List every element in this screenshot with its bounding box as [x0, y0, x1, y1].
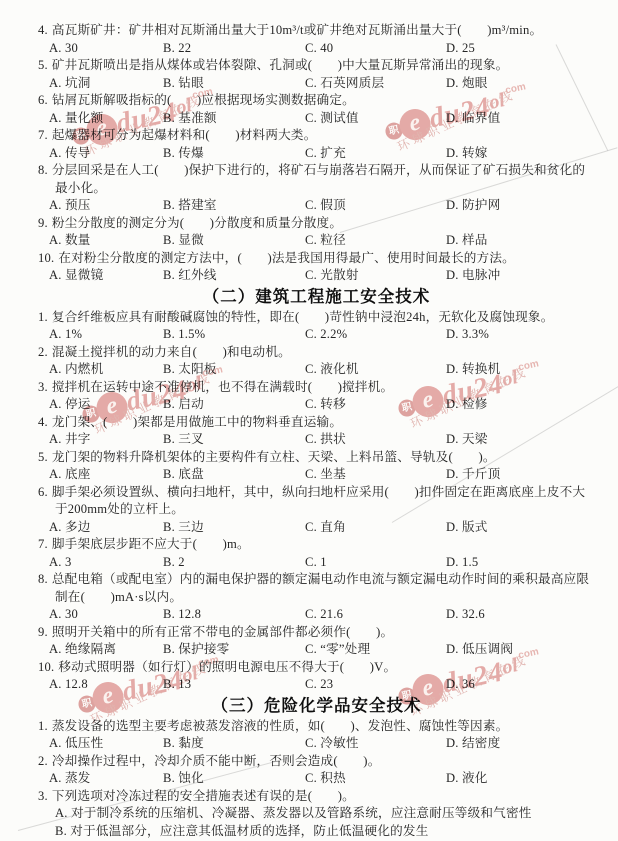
option-a: A. 30	[49, 606, 163, 624]
question-number: 10.	[38, 660, 54, 674]
option-d: D. 样品	[446, 232, 595, 250]
option-c: C. 假顶	[305, 197, 446, 215]
option-c: C. 石英网质层	[305, 75, 446, 93]
option-b: B. 搭建室	[163, 197, 305, 215]
option-b: B. 底盘	[163, 466, 305, 484]
question-body: 复合纤维板应具有耐酸碱腐蚀的特性，即在( )苛性钠中浸泡24h，无软化及腐蚀现象…	[52, 310, 554, 324]
option-c: C. 21.6	[305, 606, 446, 624]
question-body: 混凝土搅拌机的动力来自( )和电动机。	[52, 345, 291, 359]
option-d: D. 32.6	[446, 606, 595, 624]
question: 3.下列选项对冷冻过程的安全措施表述有误的是( )。A. 对于制冷系统的压缩机、…	[38, 788, 595, 841]
option-b: B. 13	[163, 676, 305, 694]
question-body: 矿井瓦斯喷出是指从煤体或岩体裂隙、孔洞或( )中大量瓦斯异常涌出的现象。	[52, 58, 509, 72]
question-body: 移动式照明器（如行灯）的照明电源电压不得大于( )V。	[58, 660, 396, 674]
scanned-exam-page: 4.高瓦斯矿井：矿井相对瓦斯涌出量大于10m³/t或矿井绝对瓦斯涌出量大于( )…	[0, 0, 618, 841]
option-a: A. 数量	[49, 232, 163, 250]
option-group: A. 12.8B. 13C. 23D. 36	[38, 676, 595, 694]
option-d: D. 36	[446, 676, 595, 694]
question-body: 起爆器材可分为起爆材料和( )材料两大类。	[52, 128, 317, 142]
option-d: D. 转换机	[446, 361, 595, 379]
option-d: D. 检修	[446, 396, 595, 414]
question: 7.脚手架底层步距不应大于( )m。A. 3B. 2C. 1D. 1.5	[38, 536, 595, 571]
question: 4.龙门架、( )架都是用做施工中的物料垂直运输。A. 井字B. 三叉C. 拱状…	[38, 414, 595, 449]
option-a: A. 蒸发	[49, 770, 163, 788]
question-text: 10.在对粉尘分散度的测定方法中，( )法是我国用得最广、使用时间最长的方法。	[38, 250, 595, 268]
question-body: 龙门架的物料升降机架体的主要构件有立柱、天梁、上料吊篮、导轨及( )。	[52, 450, 496, 464]
question-body: 高瓦斯矿井：矿井相对瓦斯涌出量大于10m³/t或矿井绝对瓦斯涌出量大于( )m³…	[52, 23, 542, 37]
question-body: 下列选项对冷冻过程的安全措施表述有误的是( )。	[52, 789, 355, 803]
option-d: D. 炮眼	[446, 75, 595, 93]
option-b: B. 基准额	[163, 110, 305, 128]
question-text: 10.移动式照明器（如行灯）的照明电源电压不得大于( )V。	[38, 659, 595, 677]
option-d: D. 25	[446, 40, 595, 58]
question-text: 8.分层回采是在人工( )保护下进行的，将矿石与崩落岩石隔开，从而保证了矿石损失…	[38, 162, 595, 197]
option-group: A. 1%B. 1.5%C. 2.2%D. 3.3%	[38, 326, 595, 344]
option-a: A. 停运	[49, 396, 163, 414]
option-b: B. 1.5%	[163, 326, 305, 344]
option-group: A. 停运B. 启动C. 转移D. 检修	[38, 396, 595, 414]
question-text: 3.搅拌机在运转中途不准停机，也不得在满载时( )搅拌机。	[38, 379, 595, 397]
option-group: A. 绝缘隔离B. 保护接零C. “零”处理D. 低压调阀	[38, 641, 595, 659]
question: 9.粉尘分散度的测定分为( )分散度和质量分散度。A. 数量B. 显微C. 粒径…	[38, 215, 595, 250]
option-c: C. 直角	[305, 519, 446, 537]
question: 10.在对粉尘分散度的测定方法中，( )法是我国用得最广、使用时间最长的方法。A…	[38, 250, 595, 285]
question: 4.高瓦斯矿井：矿井相对瓦斯涌出量大于10m³/t或矿井绝对瓦斯涌出量大于( )…	[38, 22, 595, 57]
question-text: 5.矿井瓦斯喷出是指从煤体或岩体裂隙、孔洞或( )中大量瓦斯异常涌出的现象。	[38, 57, 595, 75]
question: 6.钻屑瓦斯解吸指标的( )应根据现场实测数据确定。A. 量化额B. 基准额C.…	[38, 92, 595, 127]
option-c: C. 粒径	[305, 232, 446, 250]
question-text: 7.脚手架底层步距不应大于( )m。	[38, 536, 595, 554]
option-c: C. “零”处理	[305, 641, 446, 659]
option-group: A. 对于制冷系统的压缩机、冷凝器、蒸发器以及管路系统，应注意耐压等级和气密性B…	[38, 805, 595, 840]
option-c: C. 转移	[305, 396, 446, 414]
question-body: 在对粉尘分散度的测定方法中，( )法是我国用得最广、使用时间最长的方法。	[58, 251, 515, 265]
question-text: 9.粉尘分散度的测定分为( )分散度和质量分散度。	[38, 215, 595, 233]
option-d: D. 天梁	[446, 431, 595, 449]
question-number: 1.	[38, 719, 48, 733]
option-group: A. 数量B. 显微C. 粒径D. 样品	[38, 232, 595, 250]
question-number: 2.	[38, 754, 48, 768]
question: 3.搅拌机在运转中途不准停机，也不得在满载时( )搅拌机。A. 停运B. 启动C…	[38, 379, 595, 414]
question-body: 冷却操作过程中，冷却介质不能中断，否则会造成( )。	[52, 754, 381, 768]
option-a: A. 绝缘隔离	[49, 641, 163, 659]
option-d: D. 千斤顶	[446, 466, 595, 484]
option-b: B. 启动	[163, 396, 305, 414]
question-number: 3.	[38, 380, 48, 394]
option-b: B. 保护接零	[163, 641, 305, 659]
option-d: D. 转嫁	[446, 145, 595, 163]
option-a: A. 预压	[49, 197, 163, 215]
option-d: D. 3.3%	[446, 326, 595, 344]
question: 5.龙门架的物料升降机架体的主要构件有立柱、天梁、上料吊篮、导轨及( )。A. …	[38, 449, 595, 484]
option-b: B. 传爆	[163, 145, 305, 163]
option-b: B. 蚀化	[163, 770, 305, 788]
option-b: B. 显微	[163, 232, 305, 250]
question-text: 1.复合纤维板应具有耐酸碱腐蚀的特性，即在( )苛性钠中浸泡24h，无软化及腐蚀…	[38, 309, 595, 327]
question-body: 蒸发设备的选型主要考虑被蒸发溶液的性质，如( )、发泡性、腐蚀性等因素。	[52, 719, 509, 733]
option-group: A. 3B. 2C. 1D. 1.5	[38, 554, 595, 572]
question-text: 6.钻屑瓦斯解吸指标的( )应根据现场实测数据确定。	[38, 92, 595, 110]
option-b: B. 黏度	[163, 735, 305, 753]
question: 7.起爆器材可分为起爆材料和( )材料两大类。A. 传导B. 传爆C. 扩充D.…	[38, 127, 595, 162]
option-a: A. 1%	[49, 326, 163, 344]
question-number: 8.	[38, 163, 48, 177]
question-text: 9.照明开关箱中的所有正常不带电的金属部件都必须作( )。	[38, 624, 595, 642]
option-group: A. 内燃机B. 太阳板C. 液化机D. 转换机	[38, 361, 595, 379]
option-group: A. 显微镜B. 红外线C. 光散射D. 电脉冲	[38, 267, 595, 285]
option-b: B. 三边	[163, 519, 305, 537]
option-b: B. 22	[163, 40, 305, 58]
option-a: A. 坑洞	[49, 75, 163, 93]
section-heading: （三）危险化学品安全技术	[38, 695, 595, 717]
option-d: D. 防护网	[446, 197, 595, 215]
question-number: 5.	[38, 450, 48, 464]
option-a: A. 量化额	[49, 110, 163, 128]
question-body: 搅拌机在运转中途不准停机，也不得在满载时( )搅拌机。	[52, 380, 393, 394]
option-group: A. 底座B. 底盘C. 坐基D. 千斤顶	[38, 466, 595, 484]
option-d: D. 版式	[446, 519, 595, 537]
option-c: C. 积热	[305, 770, 446, 788]
option-a: A. 多边	[49, 519, 163, 537]
option-d: D. 临界值	[446, 110, 595, 128]
question-number: 6.	[38, 485, 48, 499]
question-text: 3.下列选项对冷冻过程的安全措施表述有误的是( )。	[38, 788, 595, 806]
question-text: 5.龙门架的物料升降机架体的主要构件有立柱、天梁、上料吊篮、导轨及( )。	[38, 449, 595, 467]
option-a: A. 井字	[49, 431, 163, 449]
question-number: 3.	[38, 789, 48, 803]
question: 9.照明开关箱中的所有正常不带电的金属部件都必须作( )。A. 绝缘隔离B. 保…	[38, 624, 595, 659]
question-number: 7.	[38, 537, 48, 551]
option-group: A. 30B. 12.8C. 21.6D. 32.6	[38, 606, 595, 624]
question-body: 钻屑瓦斯解吸指标的( )应根据现场实测数据确定。	[52, 93, 355, 107]
option-c: C. 扩充	[305, 145, 446, 163]
question-number: 1.	[38, 310, 48, 324]
option-b: B. 对于低温部分，应注意其低温材质的选择，防止低温硬化的发生	[55, 823, 595, 841]
option-b: B. 红外线	[163, 267, 305, 285]
question-number: 8.	[38, 572, 48, 586]
question-body: 分层回采是在人工( )保护下进行的，将矿石与崩落岩石隔开，从而保证了矿石损失和贫…	[52, 163, 585, 195]
question-number: 5.	[38, 58, 48, 72]
option-c: C. 23	[305, 676, 446, 694]
question: 8.分层回采是在人工( )保护下进行的，将矿石与崩落岩石隔开，从而保证了矿石损失…	[38, 162, 595, 215]
question-number: 7.	[38, 128, 48, 142]
question-text: 7.起爆器材可分为起爆材料和( )材料两大类。	[38, 127, 595, 145]
option-group: A. 井字B. 三叉C. 拱状D. 天梁	[38, 431, 595, 449]
question: 6.脚手架必须设置纵、横向扫地杆，其中，纵向扫地杆应采用( )扣件固定在距离底座…	[38, 484, 595, 537]
question: 10.移动式照明器（如行灯）的照明电源电压不得大于( )V。A. 12.8B. …	[38, 659, 595, 694]
option-c: C. 光散射	[305, 267, 446, 285]
question-number: 10.	[38, 251, 54, 265]
option-group: A. 蒸发B. 蚀化C. 积热D. 液化	[38, 770, 595, 788]
option-group: A. 预压B. 搭建室C. 假顶D. 防护网	[38, 197, 595, 215]
question: 5.矿井瓦斯喷出是指从煤体或岩体裂隙、孔洞或( )中大量瓦斯异常涌出的现象。A.…	[38, 57, 595, 92]
question-body: 脚手架底层步距不应大于( )m。	[52, 537, 250, 551]
option-b: B. 钻眼	[163, 75, 305, 93]
option-b: B. 三叉	[163, 431, 305, 449]
option-c: C. 测试值	[305, 110, 446, 128]
question-number: 4.	[38, 23, 48, 37]
option-d: D. 结密度	[446, 735, 595, 753]
question: 2.混凝土搅拌机的动力来自( )和电动机。A. 内燃机B. 太阳板C. 液化机D…	[38, 344, 595, 379]
question-number: 9.	[38, 625, 48, 639]
question: 1.蒸发设备的选型主要考虑被蒸发溶液的性质，如( )、发泡性、腐蚀性等因素。A.…	[38, 718, 595, 753]
option-group: A. 传导B. 传爆C. 扩充D. 转嫁	[38, 145, 595, 163]
question-text: 8.总配电箱（或配电室）内的漏电保护器的额定漏电动作电流与额定漏电动作时间的乘积…	[38, 571, 595, 606]
option-c: C. 冷敏性	[305, 735, 446, 753]
option-c: C. 2.2%	[305, 326, 446, 344]
question-body: 粉尘分散度的测定分为( )分散度和质量分散度。	[52, 216, 342, 230]
option-group: A. 坑洞B. 钻眼C. 石英网质层D. 炮眼	[38, 75, 595, 93]
section-heading: （二）建筑工程施工安全技术	[38, 286, 595, 308]
option-a: A. 底座	[49, 466, 163, 484]
option-c: C. 液化机	[305, 361, 446, 379]
option-a: A. 内燃机	[49, 361, 163, 379]
option-d: D. 1.5	[446, 554, 595, 572]
question-body: 脚手架必须设置纵、横向扫地杆，其中，纵向扫地杆应采用( )扣件固定在距离底座上皮…	[52, 485, 585, 517]
option-group: A. 多边B. 三边C. 直角D. 版式	[38, 519, 595, 537]
question: 1.复合纤维板应具有耐酸碱腐蚀的特性，即在( )苛性钠中浸泡24h，无软化及腐蚀…	[38, 309, 595, 344]
question-number: 9.	[38, 216, 48, 230]
option-a: A. 显微镜	[49, 267, 163, 285]
option-a: A. 3	[49, 554, 163, 572]
option-a: A. 30	[49, 40, 163, 58]
option-a: A. 传导	[49, 145, 163, 163]
exam-content: 4.高瓦斯矿井：矿井相对瓦斯涌出量大于10m³/t或矿井绝对瓦斯涌出量大于( )…	[38, 22, 595, 840]
question-text: 4.龙门架、( )架都是用做施工中的物料垂直运输。	[38, 414, 595, 432]
question-number: 4.	[38, 415, 48, 429]
option-b: B. 12.8	[163, 606, 305, 624]
question-body: 照明开关箱中的所有正常不带电的金属部件都必须作( )。	[52, 625, 393, 639]
option-d: D. 液化	[446, 770, 595, 788]
option-b: B. 太阳板	[163, 361, 305, 379]
option-group: A. 30B. 22C. 40D. 25	[38, 40, 595, 58]
question-body: 总配电箱（或配电室）内的漏电保护器的额定漏电动作电流与额定漏电动作时间的乘积最高…	[52, 572, 589, 604]
question-text: 1.蒸发设备的选型主要考虑被蒸发溶液的性质，如( )、发泡性、腐蚀性等因素。	[38, 718, 595, 736]
option-c: C. 坐基	[305, 466, 446, 484]
option-group: A. 量化额B. 基准额C. 测试值D. 临界值	[38, 110, 595, 128]
option-a: A. 对于制冷系统的压缩机、冷凝器、蒸发器以及管路系统，应注意耐压等级和气密性	[55, 805, 595, 823]
option-b: B. 2	[163, 554, 305, 572]
option-d: D. 低压调阀	[446, 641, 595, 659]
option-a: A. 低压性	[49, 735, 163, 753]
option-c: C. 1	[305, 554, 446, 572]
question-text: 2.混凝土搅拌机的动力来自( )和电动机。	[38, 344, 595, 362]
question-text: 4.高瓦斯矿井：矿井相对瓦斯涌出量大于10m³/t或矿井绝对瓦斯涌出量大于( )…	[38, 22, 595, 40]
option-group: A. 低压性B. 黏度C. 冷敏性D. 结密度	[38, 735, 595, 753]
option-c: C. 拱状	[305, 431, 446, 449]
question-text: 2.冷却操作过程中，冷却介质不能中断，否则会造成( )。	[38, 753, 595, 771]
question: 8.总配电箱（或配电室）内的漏电保护器的额定漏电动作电流与额定漏电动作时间的乘积…	[38, 571, 595, 624]
question-number: 2.	[38, 345, 48, 359]
option-d: D. 电脉冲	[446, 267, 595, 285]
option-a: A. 12.8	[49, 676, 163, 694]
question: 2.冷却操作过程中，冷却介质不能中断，否则会造成( )。A. 蒸发B. 蚀化C.…	[38, 753, 595, 788]
question-text: 6.脚手架必须设置纵、横向扫地杆，其中，纵向扫地杆应采用( )扣件固定在距离底座…	[38, 484, 595, 519]
option-c: C. 40	[305, 40, 446, 58]
question-body: 龙门架、( )架都是用做施工中的物料垂直运输。	[52, 415, 342, 429]
question-number: 6.	[38, 93, 48, 107]
